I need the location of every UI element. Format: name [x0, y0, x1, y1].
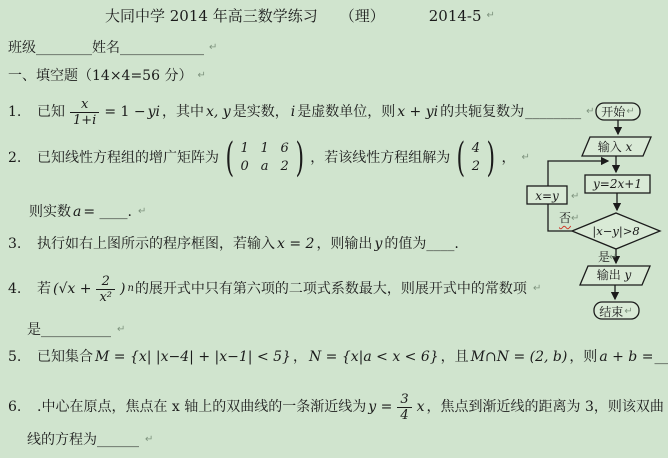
- output-text: 输出: [597, 268, 621, 282]
- end-node-label: 结束↵: [596, 305, 636, 319]
- fraction: x 1+i: [70, 97, 99, 128]
- assign-text: y=2x+1: [593, 177, 642, 191]
- problem-number: 4.: [8, 279, 36, 299]
- fraction-denominator: 4: [397, 407, 411, 423]
- problem-6-continued: 线的方程为______ ↵: [26, 430, 153, 450]
- problem-text: 已知集合: [37, 347, 93, 367]
- matrix-cell: 2: [279, 158, 291, 176]
- problem-text: ，则输出: [316, 234, 372, 254]
- matrix-cell: a: [259, 158, 271, 176]
- math-expression: (√x +: [53, 279, 91, 299]
- matrix-cell: 6: [279, 140, 291, 158]
- problem-number: 1.: [8, 102, 36, 122]
- name-label: 姓名: [92, 38, 120, 58]
- pilcrow-mark: ↵: [117, 320, 125, 340]
- problem-2-continued: 则实数 a = ____. ↵: [28, 202, 146, 222]
- swap-text: x=y: [535, 189, 559, 203]
- output-node-label: 输出 y: [582, 268, 646, 282]
- pilcrow-mark: ↵: [145, 430, 153, 450]
- problem-text: ，若该线性方程组解为: [310, 148, 450, 168]
- fraction-numerator: 2: [102, 274, 110, 289]
- problem-4-continued: 是__________ ↵: [26, 320, 125, 340]
- pilcrow-mark: ↵: [609, 252, 617, 263]
- pilcrow-mark: ↵: [487, 6, 495, 26]
- pilcrow-mark: ↵: [197, 66, 205, 86]
- problem-number: 2.: [8, 148, 36, 168]
- matrix-cell: 1: [259, 140, 271, 158]
- problem-number: 5.: [8, 347, 36, 367]
- section-heading-line: 一、填空题（14×4=56 分） ↵: [8, 66, 206, 86]
- problem-text: 则实数: [29, 202, 71, 222]
- document-page[interactable]: 大同中学 2014 年高三数学练习 （理） 2014-5 ↵ 班级 ______…: [0, 0, 668, 458]
- paper-code: 2014-5: [429, 6, 482, 26]
- vector-cell: 4: [470, 140, 482, 158]
- no-text: 否: [559, 211, 571, 225]
- math-var: x: [417, 397, 425, 417]
- math-exponent: n: [127, 279, 133, 299]
- right-paren: ): [295, 139, 304, 177]
- problem-text: .中心在原点，焦点在 x 轴上的双曲线的一条渐近线为: [37, 397, 366, 417]
- fraction: 3 4: [397, 392, 411, 423]
- problem-text: 若: [37, 279, 51, 299]
- problem-1: 1. 已知 x 1+i = 1 − yi ，其中 x, y 是实数， i 是虚数…: [8, 92, 595, 132]
- math-var: x = 2: [277, 234, 314, 254]
- answer-blank[interactable]: 是__________: [27, 320, 111, 340]
- math-expression: M = {x| |x−4| + |x−1| < 5}: [95, 347, 291, 367]
- answer-blank[interactable]: 线的方程为______: [27, 430, 139, 450]
- doc-title: 大同中学 2014 年高三数学练习: [105, 6, 318, 26]
- left-paren: (: [226, 139, 235, 177]
- problem-text: = 1 −: [104, 102, 145, 122]
- matrix-cell: 1: [239, 140, 251, 158]
- math-var: x, y: [206, 102, 231, 122]
- right-paren: ): [486, 139, 495, 177]
- math-expression: ): [120, 279, 125, 299]
- start-text: 开始: [601, 105, 625, 119]
- math-var: y: [374, 234, 382, 254]
- math-var: yi: [148, 102, 160, 122]
- name-blank[interactable]: ____________: [120, 38, 204, 58]
- pilcrow-mark: ↵: [209, 38, 217, 58]
- problem-3: 3. 执行如右上图所示的程序框图，若输入 x = 2 ，则输出 y 的值为___…: [8, 234, 460, 254]
- pilcrow-mark: ↵: [624, 305, 632, 319]
- answer-blank[interactable]: 的值为____.: [384, 234, 458, 254]
- problem-text: 已知线性方程组的增广矩阵为: [37, 148, 219, 168]
- pilcrow-mark: ↵: [138, 202, 146, 222]
- problem-text: 的展开式中只有第六项的二项式系数最大，则展开式中的常数项: [135, 279, 527, 299]
- answer-blank[interactable]: ___: [654, 347, 668, 367]
- pilcrow-mark: ↵: [571, 191, 579, 202]
- math-expression: N = {x|a < x < 6}: [309, 347, 439, 367]
- problem-text: ，其中: [162, 102, 204, 122]
- fraction-denominator: x²: [96, 289, 115, 305]
- class-name-line: 班级 ________ 姓名 ____________ ↵: [8, 38, 217, 58]
- math-var: x: [626, 140, 633, 154]
- math-var: a: [73, 202, 81, 222]
- math-expression: M∩N = (2, b): [471, 347, 568, 367]
- answer-blank[interactable]: = ____.: [83, 202, 132, 222]
- condition-node-label: |x−y|>8: [574, 224, 658, 238]
- vector-cell: 2: [470, 158, 482, 176]
- assign-node-label: y=2x+1: [586, 177, 649, 191]
- problem-text: ，且: [441, 347, 469, 367]
- problem-5: 5. 已知集合 M = {x| |x−4| + |x−1| < 5} ， N =…: [8, 347, 668, 367]
- matrix-cell: 0: [239, 158, 251, 176]
- condition-text: |x−y|>8: [592, 224, 639, 238]
- augmented-matrix: ( 1 1 6 0 a 2 ): [222, 139, 307, 177]
- problem-4: 4. 若 (√x + 2 x² ) n 的展开式中只有第六项的二项式系数最大，则…: [8, 268, 541, 310]
- pilcrow-mark: ↵: [626, 105, 634, 119]
- problem-text: ，: [293, 347, 307, 367]
- fraction: 2 x²: [96, 274, 115, 305]
- fraction-numerator: x: [81, 97, 88, 112]
- problem-text: 已知: [37, 102, 65, 122]
- math-expression: a + b =: [599, 347, 653, 367]
- problem-6: 6. .中心在原点，焦点在 x 轴上的双曲线的一条渐近线为 y = 3 4 x …: [8, 386, 665, 428]
- doc-title-line: 大同中学 2014 年高三数学练习 （理） 2014-5 ↵: [105, 6, 495, 26]
- math-var: y: [625, 268, 632, 282]
- problem-number: 3.: [8, 234, 36, 254]
- problem-number: 6.: [8, 397, 36, 417]
- input-node-label: 输入 x: [584, 140, 646, 154]
- left-paren: (: [457, 139, 466, 177]
- problem-text: ，则: [569, 347, 597, 367]
- fraction-numerator: 3: [400, 392, 408, 407]
- class-blank[interactable]: ________: [36, 38, 92, 58]
- flowchart: [510, 95, 668, 335]
- math-var: x + yi: [397, 102, 438, 122]
- solution-vector: ( 4 2 ): [453, 139, 498, 177]
- subject-tag: （理）: [340, 6, 385, 26]
- math-var: y =: [368, 397, 392, 417]
- pilcrow-mark: ↵: [571, 213, 579, 224]
- start-node-label: 开始↵: [598, 105, 638, 119]
- input-text: 输入: [598, 140, 622, 154]
- section-heading: 一、填空题（14×4=56 分）: [8, 66, 192, 86]
- class-label: 班级: [8, 38, 36, 58]
- problem-text: 执行如右上图所示的程序框图，若输入: [37, 234, 275, 254]
- math-var: i: [291, 102, 295, 122]
- problem-text: 是实数，: [233, 102, 289, 122]
- problem-2: 2. 已知线性方程组的增广矩阵为 ( 1 1 6 0 a 2 ) ，若该线性方程…: [8, 136, 530, 180]
- problem-text: 是虚数单位，则: [297, 102, 395, 122]
- fraction-denominator: 1+i: [70, 112, 99, 128]
- swap-node-label: x=y: [528, 189, 566, 203]
- end-text: 结束: [599, 305, 623, 319]
- problem-text: ，焦点到渐近线的距离为 3，则该双曲: [427, 397, 664, 417]
